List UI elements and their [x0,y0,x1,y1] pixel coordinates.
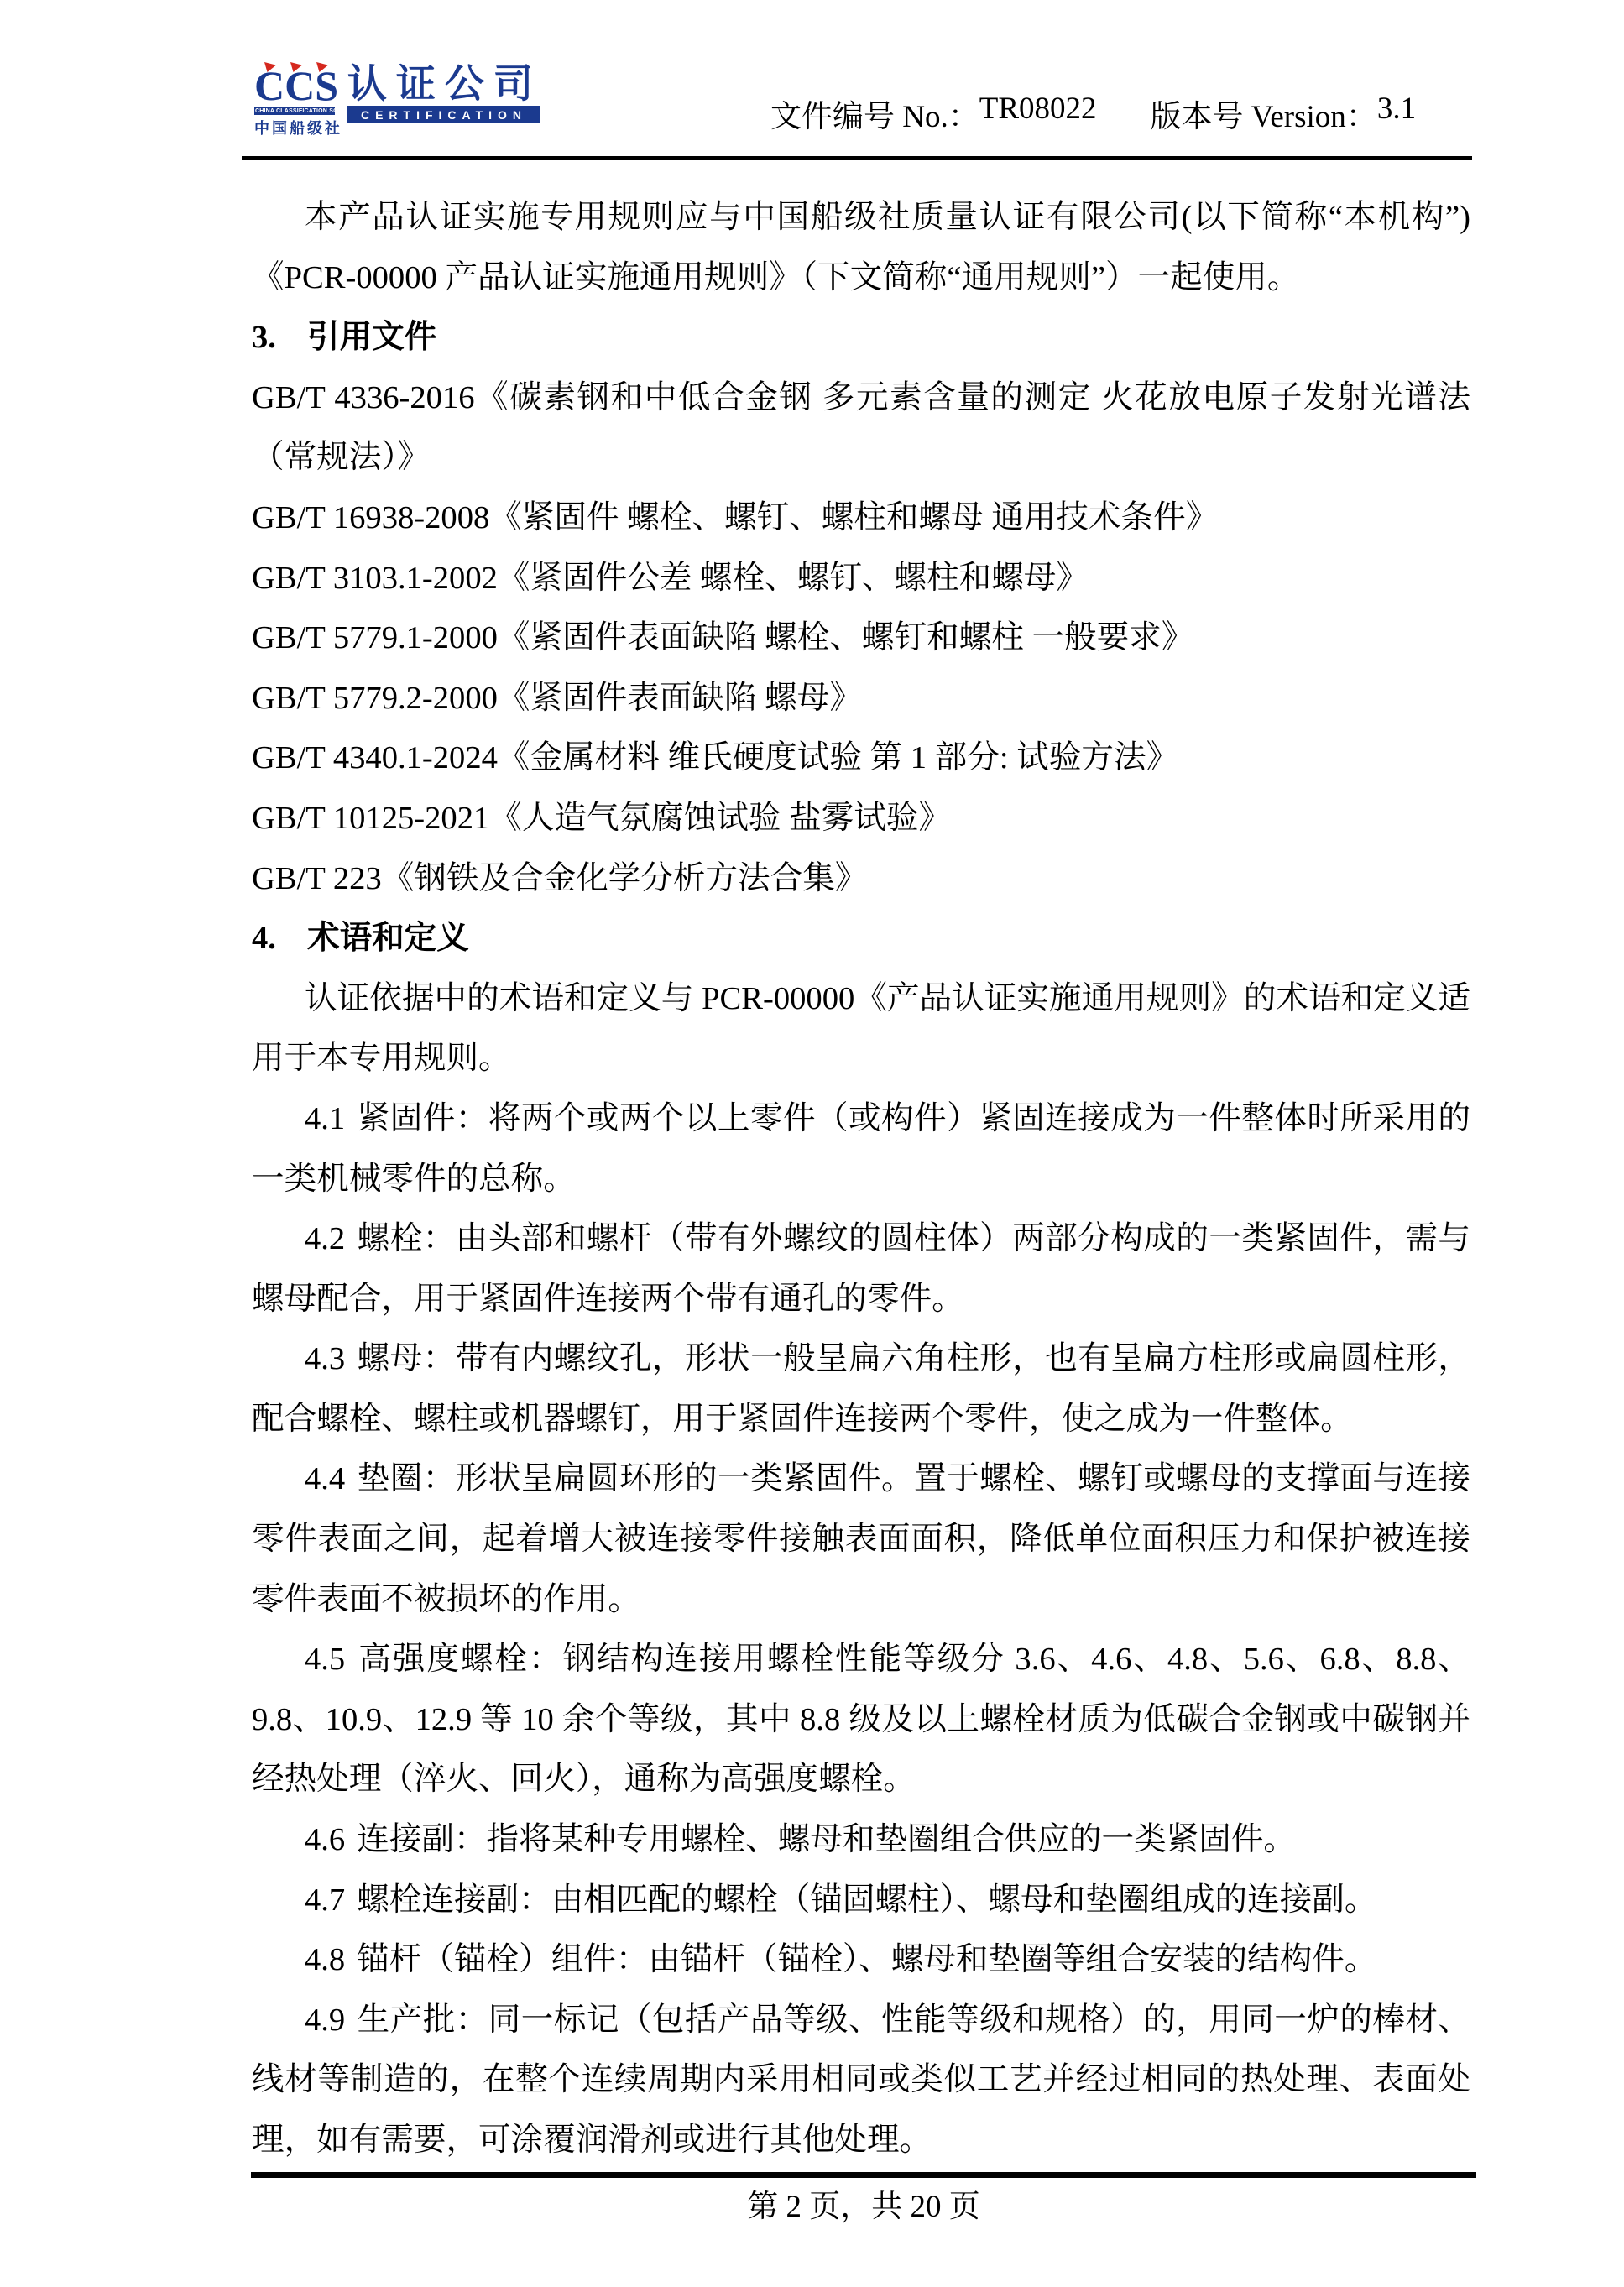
reference-item: GB/T 16938-2008《紧固件 螺栓、螺钉、螺柱和螺母 通用技术条件》 [252,488,1470,549]
definition-number: 4.9 [305,2002,345,2038]
definition-item: 4.7螺栓连接副：由相匹配的螺栓（锚固螺柱）、螺母和垫圈组成的连接副。 [252,1871,1470,1931]
version-label: 版本号 Version： [1151,91,1377,136]
definition-text: 高强度螺栓：钢结构连接用螺栓性能等级分 3.6、4.6、4.8、5.6、6.8、… [252,1642,1470,1797]
document-page: CCS CHINA CLASSIFICATION SOCIETY 中国船级社 认… [0,0,1624,2287]
section-4-number: 4. [252,909,307,969]
definition-text: 垫圈：形状呈扁圆环形的一类紧固件。置于螺栓、螺钉或螺母的支撑面与连接零件表面之间… [252,1461,1470,1616]
intro-paragraph: 本产品认证实施专用规则应与中国船级社质量认证有限公司(以下简称“本机构”)《PC… [252,188,1470,308]
definition-item: 4.2螺栓：由头部和螺杆（带有外螺纹的圆柱体）两部分构成的一类紧固件，需与螺母配… [252,1209,1470,1329]
definition-number: 4.5 [305,1642,345,1677]
logo-society-cn: 中国船级社 [254,117,335,138]
document-meta: 文件编号 No.：TR08022 版本号 Version：3.1 [770,91,1416,136]
reference-item: GB/T 4340.1-2024《金属材料 维氏硬度试验 第 1 部分: 试验方… [252,728,1470,789]
definition-item: 4.3螺母：带有内螺纹孔，形状一般呈扁六角柱形，也有呈扁方柱形或扁圆柱形，配合螺… [252,1329,1470,1449]
logo-company-cn: 认证公司 [347,67,542,102]
ccs-logo-left: CCS CHINA CLASSIFICATION SOCIETY 中国船级社 [254,67,335,138]
definition-number: 4.4 [305,1461,345,1496]
document-body: 本产品认证实施专用规则应与中国船级社质量认证有限公司(以下简称“本机构”)《PC… [252,188,1470,2171]
section-3-number: 3. [252,308,307,368]
definition-text: 生产批：同一标记（包括产品等级、性能等级和规格）的，用同一炉的棒材、线材等制造的… [252,2002,1470,2158]
definition-text: 螺栓：由头部和螺杆（带有外螺纹的圆柱体）两部分构成的一类紧固件，需与螺母配合，用… [252,1221,1470,1317]
definition-number: 4.2 [305,1221,345,1256]
meta-spacer [1097,91,1151,136]
reference-item: GB/T 10125-2021《人造气氛腐蚀试验 盐雾试验》 [252,789,1470,849]
definition-text: 锚杆（锚栓）组件：由锚杆（锚栓）、螺母和垫圈等组合安装的结构件。 [357,1942,1376,1977]
footer-divider [251,2172,1476,2178]
definition-item: 4.8锚杆（锚栓）组件：由锚杆（锚栓）、螺母和垫圈等组合安装的结构件。 [252,1930,1470,1991]
definition-text: 连接副：指将某种专用螺栓、螺母和垫圈组合供应的一类紧固件。 [357,1822,1296,1857]
header-divider [242,156,1472,160]
reference-item: GB/T 5779.2-2000《紧固件表面缺陷 螺母》 [252,669,1470,729]
definition-number: 4.3 [305,1341,345,1376]
ccs-wordmark: CCS [254,67,335,104]
section-4-heading: 4.术语和定义 [252,909,1470,969]
definition-item: 4.5高强度螺栓：钢结构连接用螺栓性能等级分 3.6、4.6、4.8、5.6、6… [252,1630,1470,1810]
definition-text: 螺母：带有内螺纹孔，形状一般呈扁六角柱形，也有呈扁方柱形或扁圆柱形，配合螺栓、螺… [252,1341,1470,1437]
reference-item: GB/T 3103.1-2002《紧固件公差 螺栓、螺钉、螺柱和螺母》 [252,549,1470,609]
page-number: 第 2 页，共 20 页 [251,2180,1476,2226]
definition-number: 4.1 [305,1101,345,1136]
definition-item: 4.1紧固件：将两个或两个以上零件（或构件）紧固连接成为一件整体时所采用的一类机… [252,1089,1470,1209]
definition-number: 4.7 [305,1882,345,1918]
definition-text: 紧固件：将两个或两个以上零件（或构件）紧固连接成为一件整体时所采用的一类机械零件… [252,1101,1470,1197]
section-4-intro: 认证依据中的术语和定义与 PCR-00000《产品认证实施通用规则》的术语和定义… [252,969,1470,1089]
ccs-logo: CCS CHINA CLASSIFICATION SOCIETY 中国船级社 认… [254,67,542,138]
reference-item: GB/T 223《钢铁及合金化学分析方法合集》 [252,849,1470,910]
definition-item: 4.9生产批：同一标记（包括产品等级、性能等级和规格）的，用同一炉的棒材、线材等… [252,1991,1470,2171]
ccs-logo-right: 认证公司 CERTIFICATION [347,67,542,123]
definition-item: 4.6连接副：指将某种专用螺栓、螺母和垫圈组合供应的一类紧固件。 [252,1810,1470,1871]
doc-no-label: 文件编号 No.： [770,91,979,136]
definition-item: 4.4垫圈：形状呈扁圆环形的一类紧固件。置于螺栓、螺钉或螺母的支撑面与连接零件表… [252,1449,1470,1630]
definition-number: 4.8 [305,1942,345,1977]
section-3-heading: 3.引用文件 [252,308,1470,368]
version-value: 3.1 [1377,91,1416,136]
definition-number: 4.6 [305,1822,345,1857]
reference-item: GB/T 4336-2016《碳素钢和中低合金钢 多元素含量的测定 火花放电原子… [252,368,1470,488]
definition-text: 螺栓连接副：由相匹配的螺栓（锚固螺柱）、螺母和垫圈组成的连接副。 [357,1882,1376,1918]
reference-item: GB/T 5779.1-2000《紧固件表面缺陷 螺栓、螺钉和螺柱 一般要求》 [252,608,1470,669]
logo-certification-banner: CERTIFICATION [347,106,540,123]
section-3-title: 引用文件 [307,320,436,355]
section-4-title: 术语和定义 [307,921,469,956]
doc-no-value: TR08022 [979,91,1097,136]
